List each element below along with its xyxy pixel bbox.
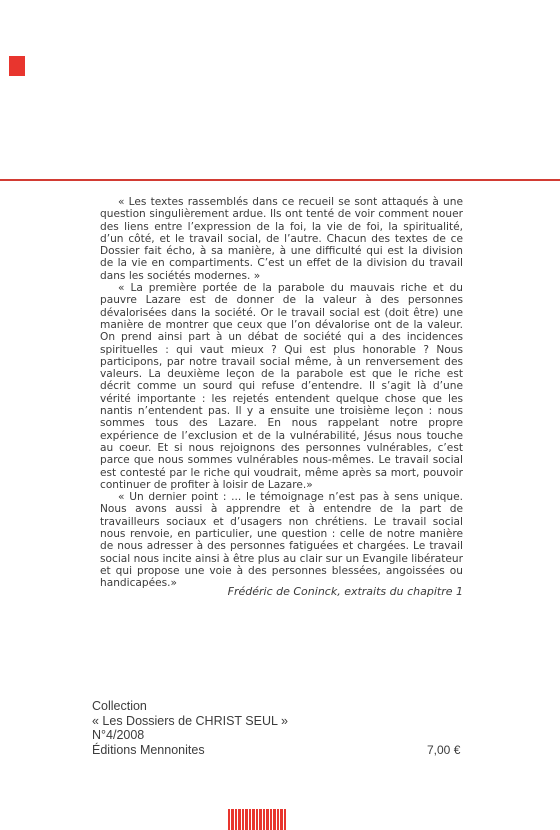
back-cover-page: « Les textes rassemblés dans ce recueil … [0, 0, 560, 830]
quote-paragraph: « Un dernier point : ... le témoignage n… [100, 491, 463, 589]
imprint-collection: Collection [92, 699, 288, 714]
quote-paragraph: « Les textes rassemblés dans ce recueil … [100, 196, 463, 282]
imprint-block: Collection « Les Dossiers de CHRIST SEUL… [92, 699, 288, 757]
quote-attribution: Frédéric de Coninck, extraits du chapitr… [100, 585, 463, 598]
price: 7,00 € [427, 743, 460, 757]
red-divider-line [0, 179, 560, 181]
quote-paragraph: « La première portée de la parabole du m… [100, 282, 463, 491]
quote-block: « Les textes rassemblés dans ce recueil … [100, 196, 463, 590]
imprint-publisher: Éditions Mennonites [92, 743, 288, 758]
imprint-series: « Les Dossiers de CHRIST SEUL » [92, 714, 288, 729]
imprint-issue: N°4/2008 [92, 728, 288, 743]
barcode [228, 809, 287, 830]
publisher-logo-mark [9, 56, 25, 76]
